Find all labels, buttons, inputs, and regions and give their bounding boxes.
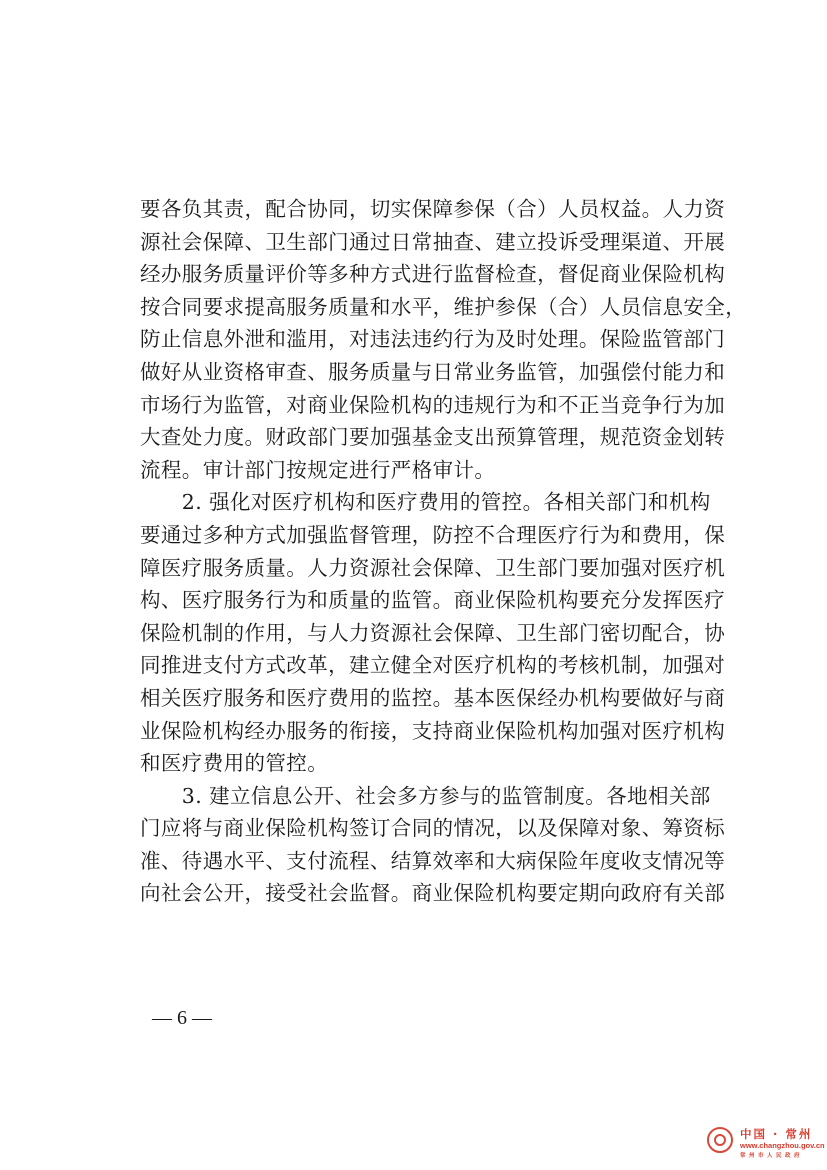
text-line: 相关医疗服务和医疗费用的监控。基本医保经办机构要做好与商 (140, 682, 693, 715)
text-line: 做好从业资格审查、服务质量与日常业务监管，加强偿付能力和 (140, 356, 693, 389)
page-number: — 6 — (152, 1007, 212, 1030)
text-line: 要通过多种方式加强监督管理，防控不合理医疗行为和费用，保 (140, 519, 693, 552)
watermark-subtitle: 常州市人民政府 (740, 1151, 803, 1159)
text-line: 经办服务质量评价等多种方式进行监督检查，督促商业保险机构 (140, 258, 693, 291)
document-page: 要各负其责，配合协同，切实保障参保（合）人员权益。人力资 源社会保障、卫生部门通… (0, 0, 827, 1170)
text-line: 源社会保障、卫生部门通过日常抽查、建立投诉受理渠道、开展 (140, 226, 693, 259)
text-line: 业保险机构经办服务的衔接，支持商业保险机构加强对医疗机构 (140, 715, 693, 748)
section-heading-line: 3. 建立信息公开、社会多方参与的监管制度。各地相关部 (140, 780, 693, 813)
text-line: 和医疗费用的管控。 (140, 747, 693, 780)
text-line: 保险机制的作用，与人力资源社会保障、卫生部门密切配合，协 (140, 617, 693, 650)
watermark-title: 中国 · 常州 (740, 1126, 812, 1142)
watermark-url: www.changzhou.gov.cn (740, 1141, 825, 1150)
text-line: 要各负其责，配合协同，切实保障参保（合）人员权益。人力资 (140, 193, 693, 226)
dragon-emblem-icon (707, 1127, 733, 1153)
changzhou-gov-watermark: 中国 · 常州 www.changzhou.gov.cn 常州市人民政府 (706, 1124, 824, 1164)
text-line: 向社会公开，接受社会监督。商业保险机构要定期向政府有关部 (140, 877, 693, 910)
text-line: 构、医疗服务行为和质量的监管。商业保险机构要充分发挥医疗 (140, 584, 693, 617)
text-line: 按合同要求提高服务质量和水平，维护参保（合）人员信息安全， (140, 291, 693, 324)
section-heading-line: 2. 强化对医疗机构和医疗费用的管控。各相关部门和机构 (140, 486, 693, 519)
text-line: 大查处力度。财政部门要加强基金支出预算管理，规范资金划转 (140, 421, 693, 454)
text-line: 防止信息外泄和滥用，对违法违约行为及时处理。保险监管部门 (140, 323, 693, 356)
body-text: 要各负其责，配合协同，切实保障参保（合）人员权益。人力资 源社会保障、卫生部门通… (140, 193, 693, 910)
text-line: 门应将与商业保险机构签订合同的情况，以及保障对象、筹资标 (140, 812, 693, 845)
text-line: 准、待遇水平、支付流程、结算效率和大病保险年度收支情况等 (140, 845, 693, 878)
text-line: 市场行为监管，对商业保险机构的违规行为和不正当竞争行为加 (140, 389, 693, 422)
text-line: 同推进支付方式改革，建立健全对医疗机构的考核机制，加强对 (140, 649, 693, 682)
text-line: 流程。审计部门按规定进行严格审计。 (140, 454, 693, 487)
text-line: 障医疗服务质量。人力资源社会保障、卫生部门要加强对医疗机 (140, 552, 693, 585)
